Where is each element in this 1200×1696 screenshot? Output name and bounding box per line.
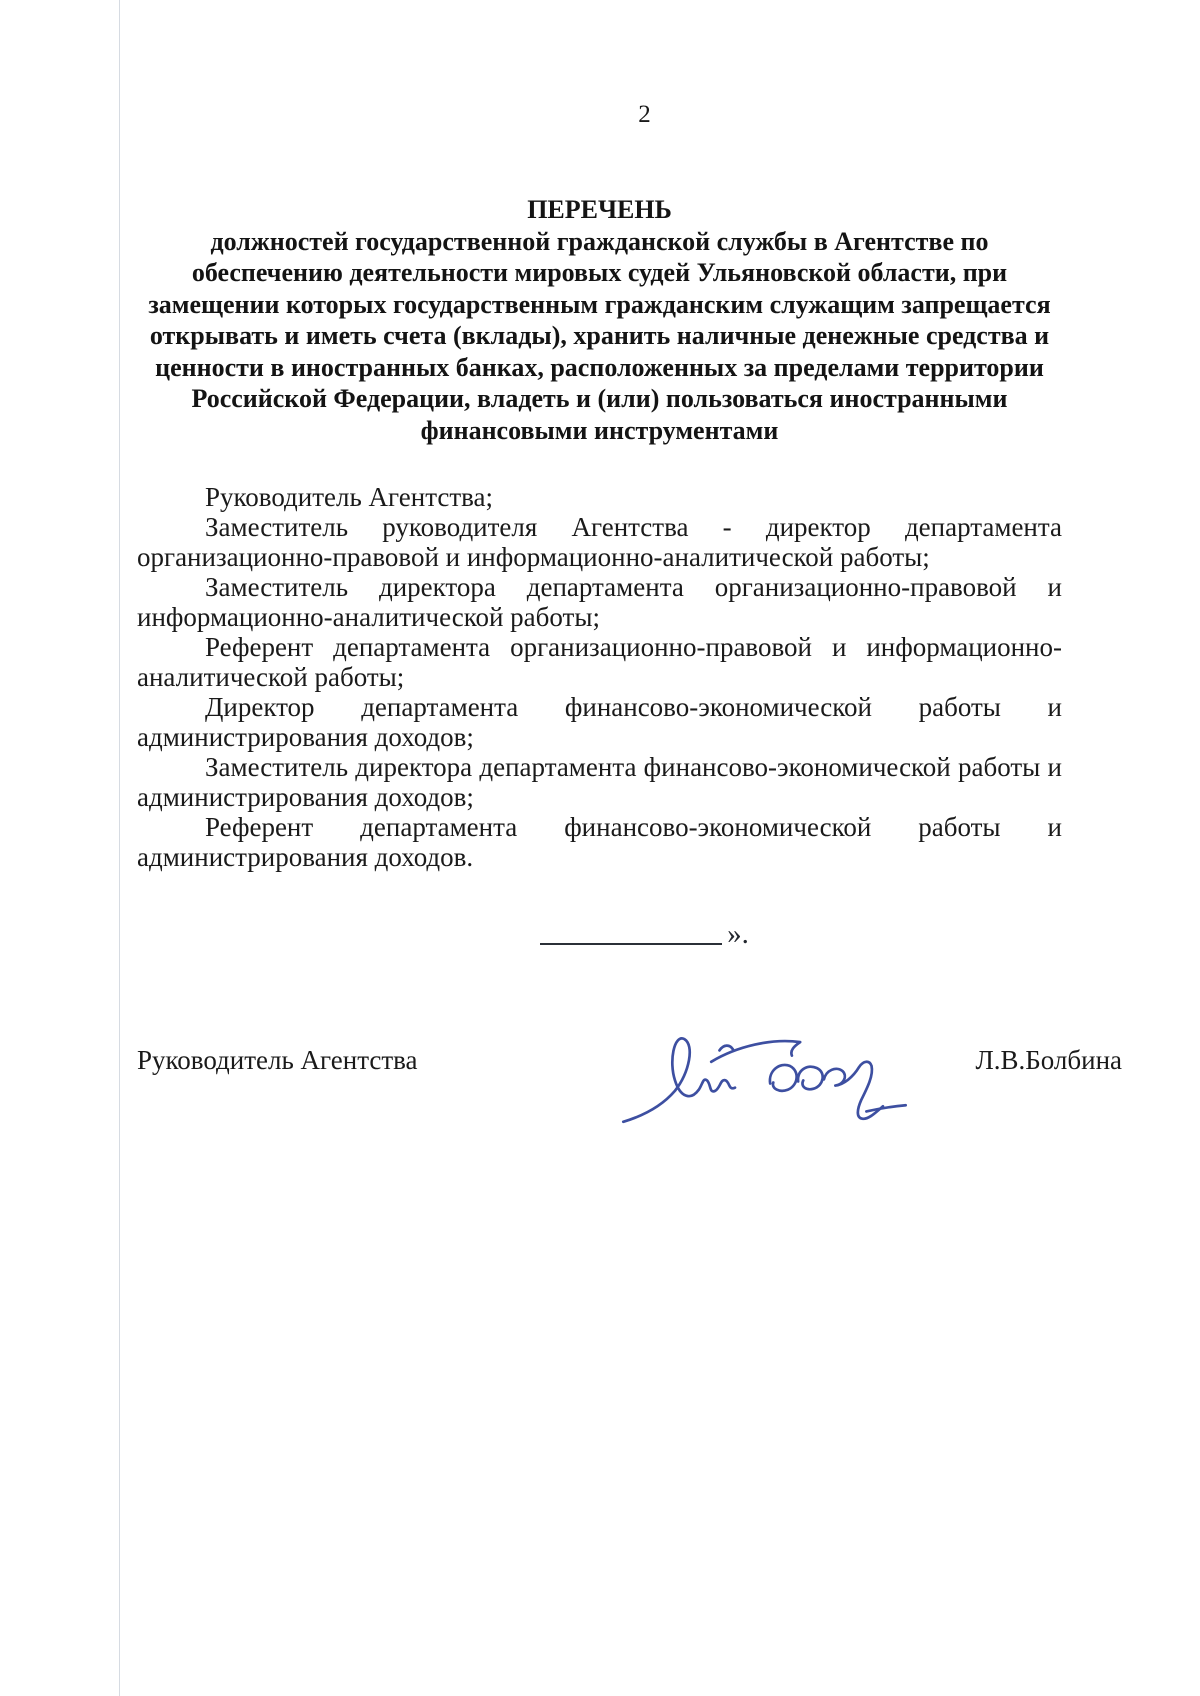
heading-line: открывать и иметь счета (вклады), хранит…	[137, 320, 1062, 352]
position-line: Референт департамента финансово-экономич…	[137, 812, 1062, 842]
position-item: Референт департамента финансово-экономич…	[137, 812, 1062, 872]
position-line: аналитической работы;	[137, 662, 1062, 692]
position-line: информационно-аналитической работы;	[137, 602, 1062, 632]
position-line: Руководитель Агентства;	[137, 482, 1062, 512]
heading-line: обеспечению деятельности мировых судей У…	[137, 257, 1062, 289]
heading-line: финансовыми инструментами	[137, 415, 1062, 447]
position-line: организационно-правовой и информационно-…	[137, 542, 1062, 572]
position-item: Заместитель директора департамента орган…	[137, 572, 1062, 632]
signature-block: Руководитель Агентства Л.В.Болбина	[137, 1040, 1122, 1120]
position-item: Заместитель директора департамента финан…	[137, 752, 1062, 812]
heading-line: должностей государственной гражданской с…	[137, 226, 1062, 258]
position-item: Заместитель руководителя Агентства - дир…	[137, 512, 1062, 572]
closing-quote-row: ».	[182, 918, 1107, 950]
handwritten-signature-icon	[615, 1018, 915, 1148]
heading-line: Российской Федерации, владеть и (или) по…	[137, 383, 1062, 415]
position-line: администрирования доходов;	[137, 722, 1062, 752]
position-item: Директор департамента финансово-экономич…	[137, 692, 1062, 752]
position-line: Референт департамента организационно-пра…	[137, 632, 1062, 662]
heading-line: ценности в иностранных банках, расположе…	[137, 352, 1062, 384]
position-item: Референт департамента организационно-пра…	[137, 632, 1062, 692]
position-line: Заместитель директора департамента финан…	[137, 752, 1062, 782]
position-line: Заместитель руководителя Агентства - дир…	[137, 512, 1062, 542]
document-heading: ПЕРЕЧЕНЬ должностей государственной граж…	[137, 194, 1062, 446]
document-page: 2 ПЕРЕЧЕНЬ должностей государственной гр…	[137, 0, 1062, 950]
position-line: Заместитель директора департамента орган…	[137, 572, 1062, 602]
signature-name-label: Л.В.Болбина	[975, 1044, 1122, 1076]
position-line: администрирования доходов.	[137, 842, 1062, 872]
position-item: Руководитель Агентства;	[137, 482, 1062, 512]
signature-role-label: Руководитель Агентства	[137, 1044, 418, 1076]
scan-edge-line	[119, 0, 120, 1696]
heading-title: ПЕРЕЧЕНЬ	[137, 194, 1062, 226]
position-line: администрирования доходов;	[137, 782, 1062, 812]
heading-line: замещении которых государственным гражда…	[137, 289, 1062, 321]
closing-quote-mark: ».	[727, 918, 749, 950]
closing-blank-line	[540, 943, 722, 945]
positions-list: Руководитель Агентства; Заместитель руко…	[137, 482, 1062, 872]
position-line: Директор департамента финансово-экономич…	[137, 692, 1062, 722]
page-number: 2	[182, 100, 1107, 130]
